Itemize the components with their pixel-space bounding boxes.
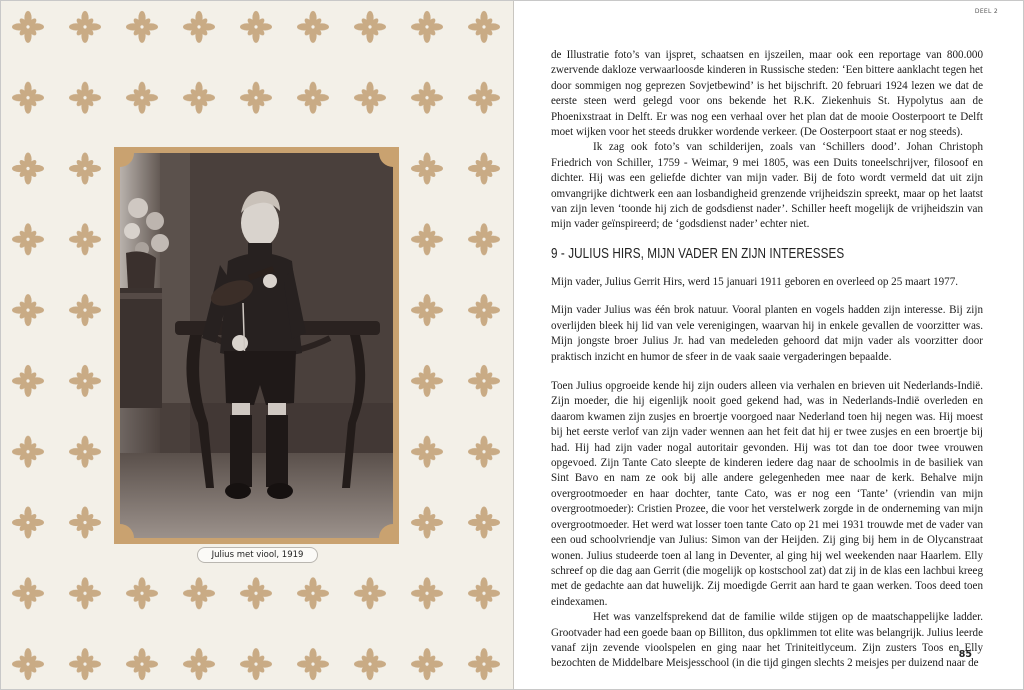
paragraph-illustratie: de Illustratie foto’s van ijspret, schaa… bbox=[551, 48, 983, 140]
section-heading: 9 - JULIUS HIRS, MIJN VADER EN ZIJN INTE… bbox=[551, 245, 844, 262]
photo-caption: Julius met viool, 1919 bbox=[197, 547, 318, 563]
paragraph-intro: Mijn vader, Julius Gerrit Hirs, werd 15 … bbox=[551, 275, 983, 290]
page-number: 85 bbox=[959, 649, 972, 660]
paragraph-schiller: Ik zag ook foto’s van schilderijen, zoal… bbox=[551, 140, 983, 232]
book-spread: Julius met viool, 1919 DEEL 2 de Illustr… bbox=[0, 0, 1024, 690]
left-page: Julius met viool, 1919 bbox=[1, 1, 514, 689]
right-page: DEEL 2 de Illustratie foto’s van ijspret… bbox=[514, 1, 1023, 689]
paragraph-ladder: Het was vanzelfsprekend dat de familie w… bbox=[551, 610, 983, 672]
paragraph-youth: Toen Julius opgroeide kende hij zijn oud… bbox=[551, 379, 983, 610]
body-text-section: Mijn vader, Julius Gerrit Hirs, werd 15 … bbox=[551, 275, 983, 672]
paragraph-nature: Mijn vader Julius was één brok natuur. V… bbox=[551, 303, 983, 365]
body-text-top: de Illustratie foto’s van ijspret, schaa… bbox=[551, 48, 983, 233]
running-head: DEEL 2 bbox=[975, 8, 998, 15]
portrait-illustration bbox=[120, 153, 393, 538]
photo-frame bbox=[114, 147, 399, 544]
photo-julius-with-violin bbox=[120, 153, 393, 538]
